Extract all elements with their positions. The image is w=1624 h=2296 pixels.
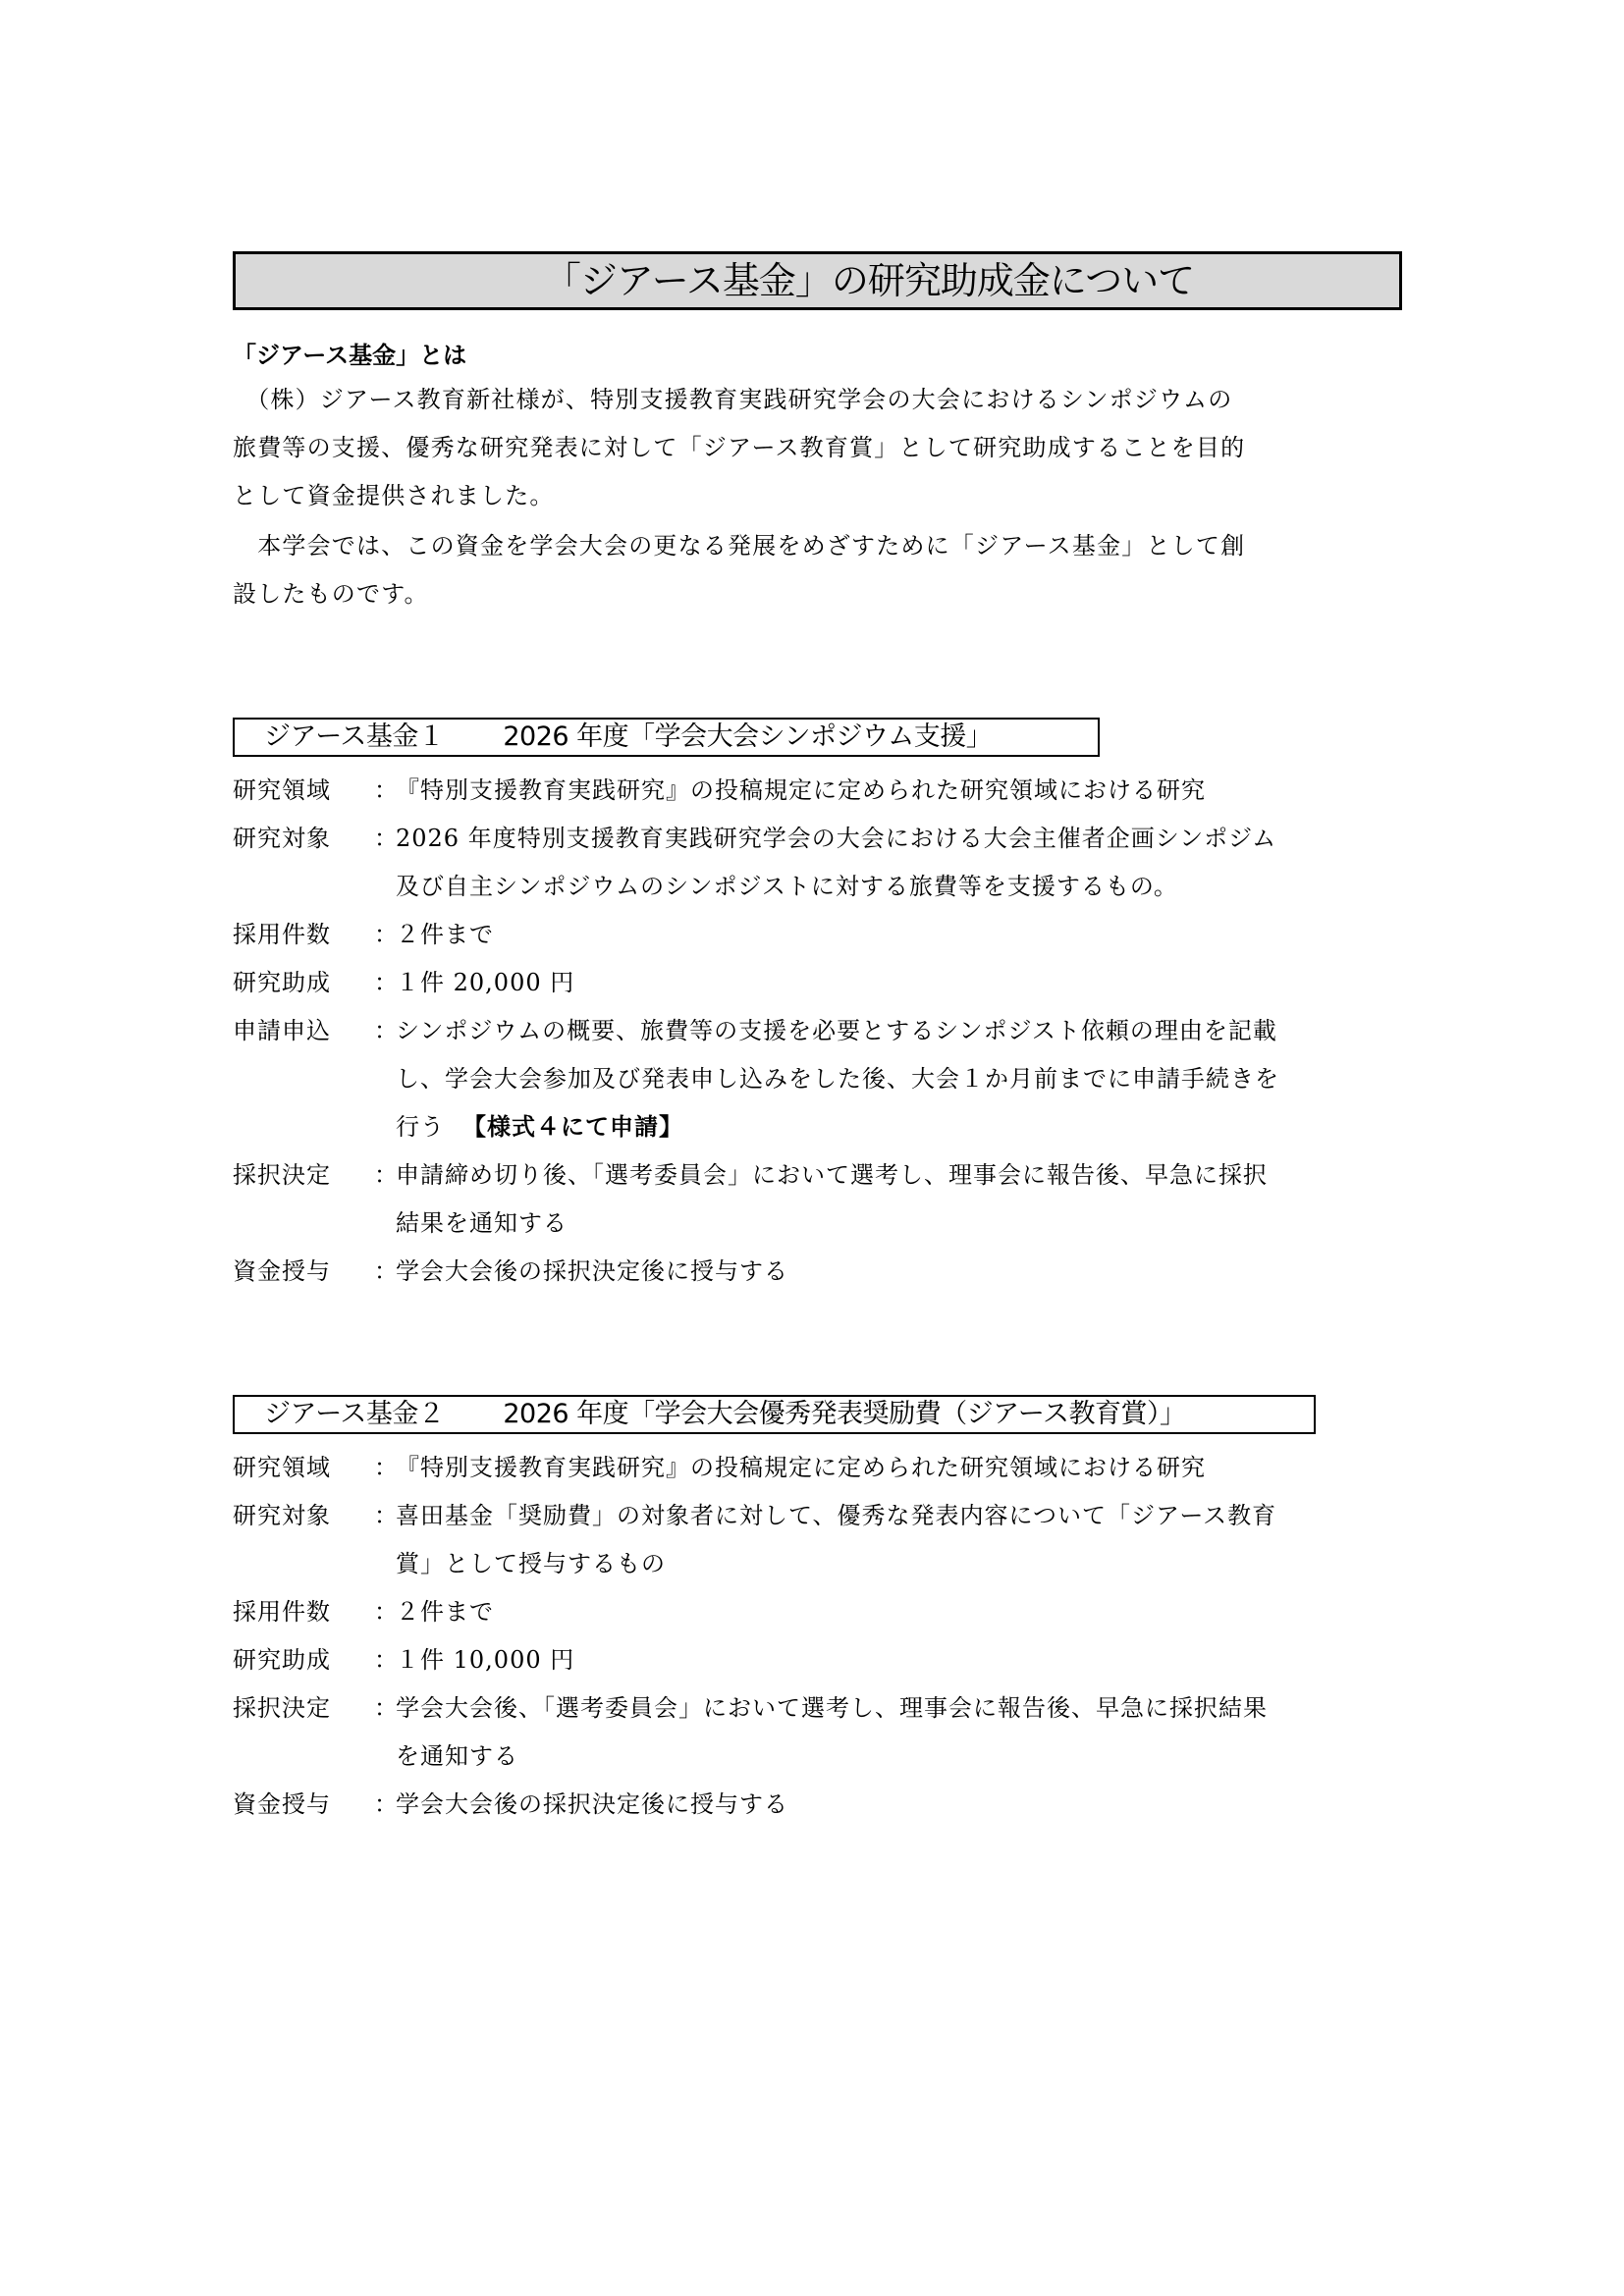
field-value-cont: 結果を通知する — [374, 1209, 568, 1237]
field-adoption-count: 採用件数：２件まで — [233, 911, 1411, 959]
document-title-box: 「ジアース基金」の研究助成金について — [233, 251, 1402, 310]
section-1-header-box: ジアース基金１2026 年度「学会大会シンポジウム支援」 — [233, 718, 1100, 757]
field-value: 学会大会後の採択決定後に授与する — [396, 1790, 788, 1818]
field-value: 『特別支援教育実践研究』の投稿規定に定められた研究領域における研究 — [396, 1454, 1206, 1481]
field-label: 申請申込 — [233, 1007, 374, 1055]
field-research-area: 研究領域：『特別支援教育実践研究』の投稿規定に定められた研究領域における研究 — [233, 1444, 1411, 1492]
field-fund-award: 資金授与：学会大会後の採択決定後に授与する — [233, 1781, 1411, 1829]
paragraph-line: として資金提供されました。 — [233, 472, 1401, 520]
section-1-fields: 研究領域：『特別支援教育実践研究』の投稿規定に定められた研究領域における研究 研… — [233, 767, 1411, 1296]
field-value: 学会大会後の採択決定後に授与する — [396, 1257, 788, 1285]
field-value-cont: 及び自主シンポジウムのシンポジストに対する旅費等を支援するもの。 — [374, 873, 1178, 900]
field-label: 採用件数 — [233, 1588, 374, 1636]
document-title: 「ジアース基金」の研究助成金について — [393, 254, 1345, 307]
field-value-cont: を通知する — [374, 1742, 518, 1770]
field-value: 2026 年度特別支援教育実践研究学会の大会における大会主催者企画シンポジム — [396, 825, 1276, 852]
field-label: 研究対象 — [233, 1492, 374, 1540]
field-label: 研究助成 — [233, 1636, 374, 1684]
field-label: 研究領域 — [233, 1444, 374, 1492]
form-note: 【様式４にて申請】 — [462, 1113, 683, 1141]
section-2-fields: 研究領域：『特別支援教育実践研究』の投稿規定に定められた研究領域における研究 研… — [233, 1444, 1411, 1829]
field-grant-amount: 研究助成：１件 20,000 円 — [233, 959, 1411, 1007]
document-page: 「ジアース基金」の研究助成金について 「ジアース基金」とは （株）ジアース教育新… — [0, 0, 1624, 2296]
section-2-name: ジアース基金２ — [264, 1399, 444, 1429]
intro-paragraph-2: 本学会では、この資金を学会大会の更なる発展をめざすために「ジアース基金」として創… — [233, 522, 1401, 618]
field-value: １件 10,000 円 — [396, 1646, 574, 1674]
field-label: 研究領域 — [233, 767, 374, 815]
section-1-title: 2026 年度「学会大会シンポジウム支援」 — [503, 721, 992, 752]
field-label: 採用件数 — [233, 911, 374, 959]
section-1-heading: ジアース基金１2026 年度「学会大会シンポジウム支援」 — [264, 720, 992, 755]
field-value: 喜田基金「奨励費」の対象者に対して、優秀な発表内容について「ジアース教育 — [396, 1502, 1276, 1529]
field-application: 申請申込：シンポジウムの概要、旅費等の支援を必要とするシンポジスト依頼の理由を記… — [233, 1007, 1411, 1151]
paragraph-line: 本学会では、この資金を学会大会の更なる発展をめざすために「ジアース基金」として創 — [233, 522, 1401, 570]
section-1-name: ジアース基金１ — [264, 721, 444, 752]
section-2-title: 2026 年度「学会大会優秀発表奨励費（ジアース教育賞）」 — [503, 1399, 1185, 1429]
field-fund-award: 資金授与：学会大会後の採択決定後に授与する — [233, 1248, 1411, 1296]
intro-paragraph-1: （株）ジアース教育新社様が、特別支援教育実践研究学会の大会におけるシンポジウムの… — [233, 376, 1401, 520]
paragraph-line: 設したものです。 — [233, 570, 1401, 618]
field-research-area: 研究領域：『特別支援教育実践研究』の投稿規定に定められた研究領域における研究 — [233, 767, 1411, 815]
field-value: シンポジウムの概要、旅費等の支援を必要とするシンポジスト依頼の理由を記載 — [396, 1017, 1277, 1044]
field-label: 研究助成 — [233, 959, 374, 1007]
field-value: 学会大会後、「選考委員会」において選考し、理事会に報告後、早急に採択結果 — [396, 1694, 1268, 1722]
field-grant-amount: 研究助成：１件 10,000 円 — [233, 1636, 1411, 1684]
field-value: 申請締め切り後、「選考委員会」において選考し、理事会に報告後、早急に採択 — [396, 1161, 1268, 1189]
field-value: １件 20,000 円 — [396, 969, 574, 996]
field-selection-decision: 採択決定：学会大会後、「選考委員会」において選考し、理事会に報告後、早急に採択結… — [233, 1684, 1411, 1781]
field-label: 資金授与 — [233, 1781, 374, 1829]
intro-heading: 「ジアース基金」とは — [233, 339, 466, 372]
paragraph-line: 旅費等の支援、優秀な研究発表に対して「ジアース教育賞」として研究助成することを目… — [233, 424, 1401, 472]
section-2-header-box: ジアース基金２2026 年度「学会大会優秀発表奨励費（ジアース教育賞）」 — [233, 1395, 1316, 1434]
field-value: ２件まで — [396, 921, 494, 948]
field-value-cont: 賞」として授与するもの — [374, 1550, 666, 1577]
field-value-cont: 行う — [374, 1113, 445, 1141]
field-adoption-count: 採用件数：２件まで — [233, 1588, 1411, 1636]
field-value: 『特別支援教育実践研究』の投稿規定に定められた研究領域における研究 — [396, 776, 1206, 804]
field-label: 研究対象 — [233, 815, 374, 863]
field-label: 採択決定 — [233, 1151, 374, 1200]
field-research-target: 研究対象：喜田基金「奨励費」の対象者に対して、優秀な発表内容について「ジアース教… — [233, 1492, 1411, 1588]
section-2-heading: ジアース基金２2026 年度「学会大会優秀発表奨励費（ジアース教育賞）」 — [264, 1397, 1185, 1432]
paragraph-line: （株）ジアース教育新社様が、特別支援教育実践研究学会の大会におけるシンポジウムの — [233, 376, 1401, 424]
field-label: 資金授与 — [233, 1248, 374, 1296]
field-value-cont: し、学会大会参加及び発表申し込みをした後、大会１か月前までに申請手続きを — [374, 1065, 1279, 1093]
field-value: ２件まで — [396, 1598, 494, 1626]
field-selection-decision: 採択決定：申請締め切り後、「選考委員会」において選考し、理事会に報告後、早急に採… — [233, 1151, 1411, 1248]
field-research-target: 研究対象：2026 年度特別支援教育実践研究学会の大会における大会主催者企画シン… — [233, 815, 1411, 911]
field-label: 採択決定 — [233, 1684, 374, 1733]
